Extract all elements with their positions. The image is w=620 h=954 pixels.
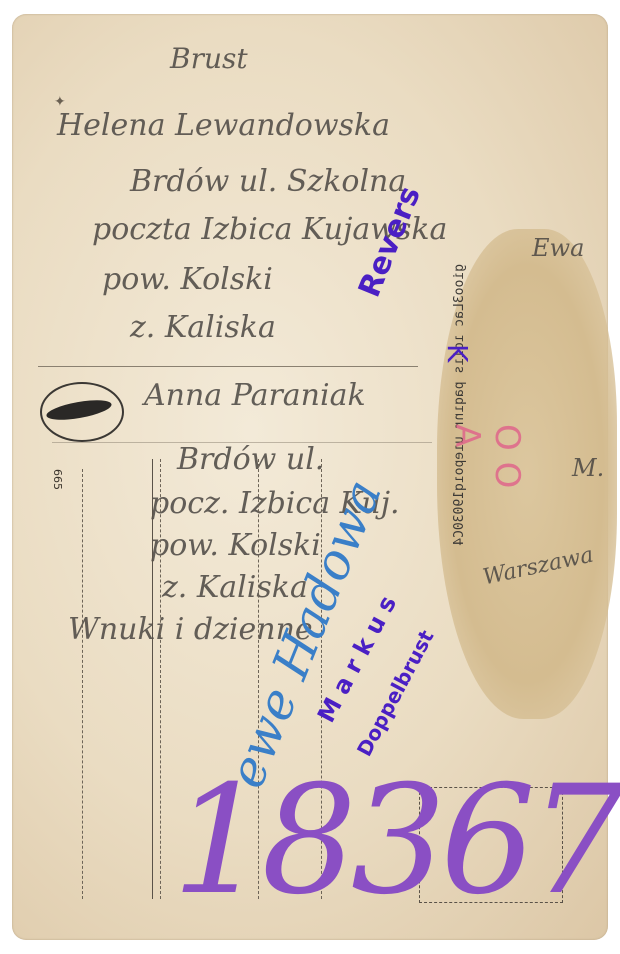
sender-line: pow. Kolski <box>150 528 321 563</box>
purple-stamp-marks: K <box>441 344 474 362</box>
recipient-line: z. Kaliska <box>130 310 276 345</box>
margin-note: M. <box>572 454 604 482</box>
margin-note: Ewa <box>532 234 584 262</box>
crossed-out-mark <box>40 382 124 442</box>
sender-line: Anna Paraniak <box>144 378 366 413</box>
postcard-back: ✦ Brust Helena Lewandowska Brdów ul. Szk… <box>12 14 608 940</box>
dashed-rule <box>82 469 83 899</box>
recipient-line: pow. Kolski <box>102 262 273 297</box>
sender-line: Brdów ul. <box>177 442 324 477</box>
recipient-line: Brdów ul. Szkolna <box>130 164 406 199</box>
header-handwriting: Brust <box>170 42 248 75</box>
printed-number: 665 <box>51 469 64 490</box>
recipient-line: Helena Lewandowska <box>57 108 390 143</box>
catalog-number: 18367 <box>172 754 619 928</box>
divider-line <box>38 366 418 367</box>
sender-line: z. Kaliska <box>162 570 308 605</box>
pink-stamp-marks: O O A <box>447 424 527 505</box>
dashed-rule <box>160 459 161 899</box>
solid-rule <box>152 459 153 899</box>
